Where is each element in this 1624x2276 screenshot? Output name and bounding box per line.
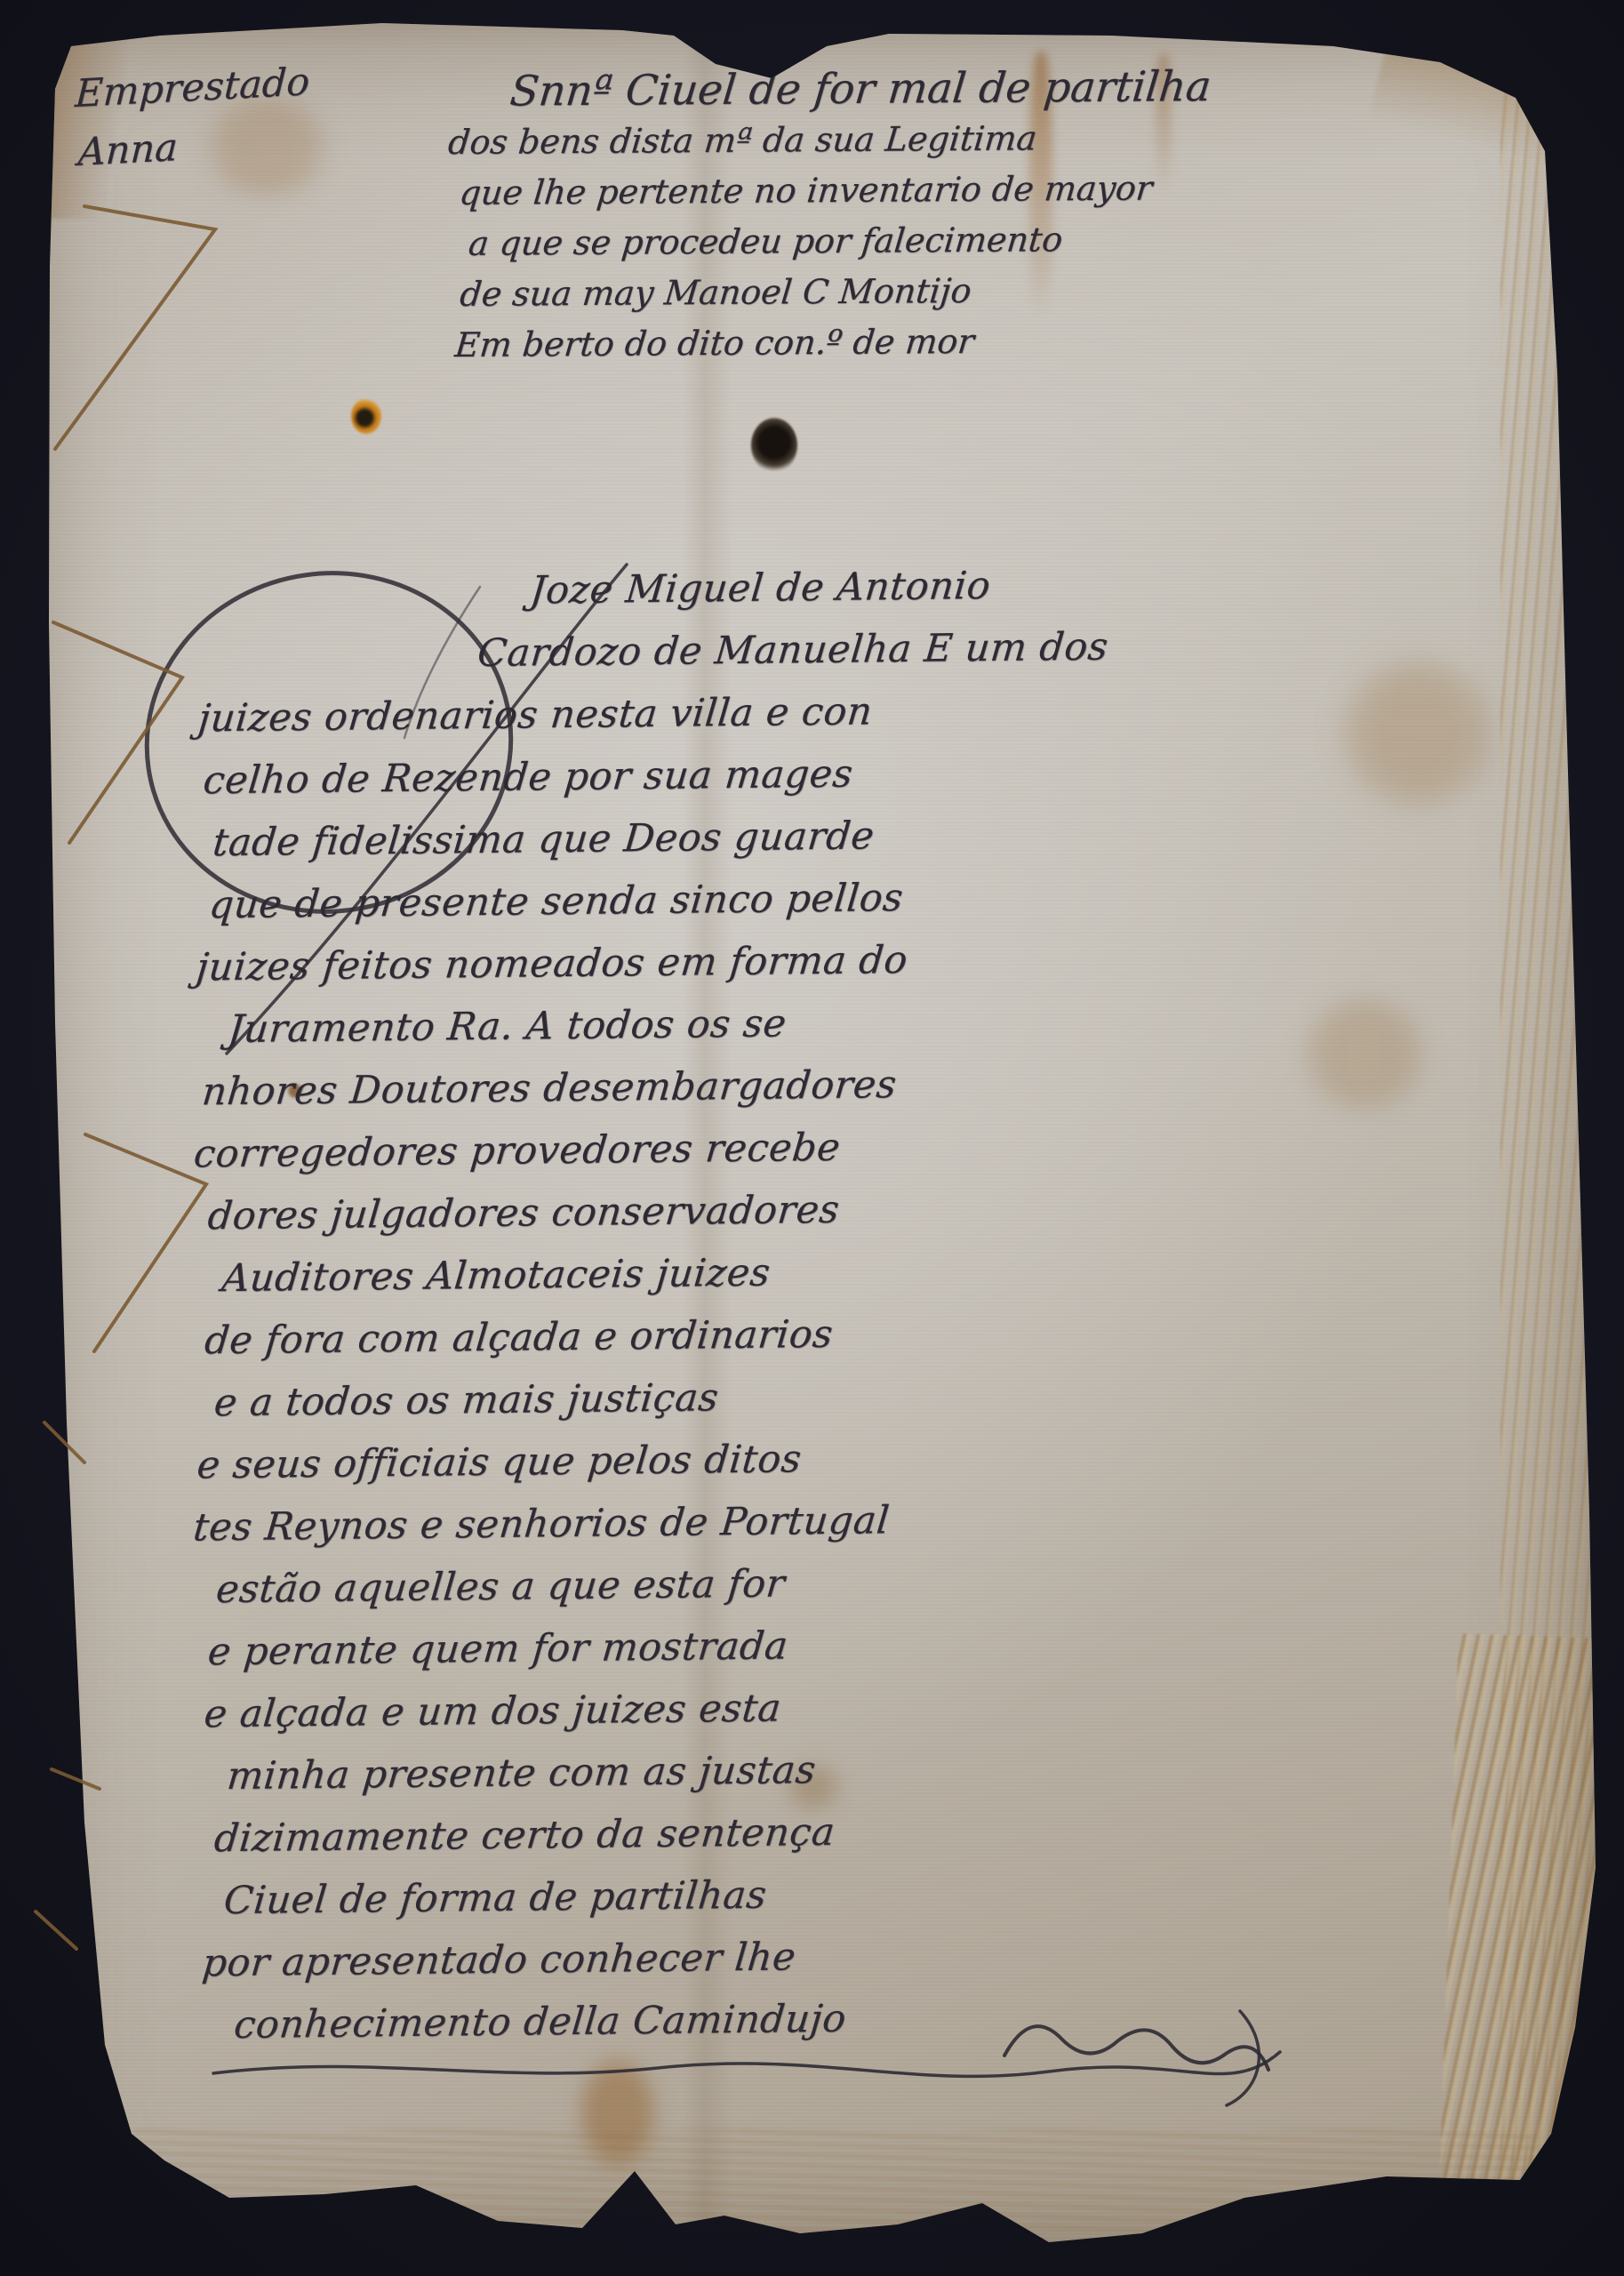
manuscript-line: Cardozo de Manuelha E um dos (475, 616, 1111, 685)
manuscript-line: Joze Miguel de Antonio (527, 554, 1110, 622)
manuscript-line: por apresentado conhecer lhe (199, 1922, 1124, 1994)
manuscript-line: celho de Rezende por sua mages (200, 741, 1112, 813)
bottom-smudge-stain (551, 2045, 684, 2214)
worn-bottom-edge (133, 2129, 1538, 2236)
foxing-stain (1298, 996, 1431, 1111)
manuscript-line: dores julgadores conservadores (205, 1176, 1117, 1248)
foxing-stain (1333, 658, 1502, 809)
manuscript-line: tes Reynos e senhorios de Portugal (190, 1487, 1120, 1559)
manuscript-line: corregedores provedores recebe (191, 1114, 1116, 1186)
case-summary-header: Snnª Ciuel de for mal de partilha dos be… (448, 61, 1213, 371)
manuscript-line: e seus officiais que pelos ditos (195, 1425, 1120, 1497)
manuscript-line: e a todos os mais justiças (212, 1363, 1119, 1435)
manuscript-page: Emprestado Anna Snnª Ciuel de for mal de… (0, 0, 1624, 2276)
manuscript-line: dizimamente certo da sentença (212, 1798, 1124, 1870)
header-line: de sua may Manoel C Montijo (458, 264, 1215, 320)
leaf-stack-edge-lower (1439, 1633, 1605, 2198)
manuscript-body-text: Joze Miguel de Antonio Cardozo de Manuel… (183, 554, 1123, 2057)
manuscript-line: juizes ordenarios nesta villa e con (196, 678, 1112, 750)
manuscript-line: tade fidelissima que Deos guarde (210, 803, 1113, 875)
worn-corner-top-right (1360, 22, 1573, 196)
manuscript-line: e perante quem for mostrada (205, 1612, 1122, 1684)
manuscript-line: que de presente senda sinco pellos (206, 865, 1114, 937)
archivist-annotation: Emprestado Anna (74, 52, 315, 182)
ink-blot (751, 418, 797, 473)
header-line: dos bens dista mª da sua Legitima (446, 112, 1214, 168)
manuscript-line: juizes feitos nomeados em forma do (194, 927, 1115, 999)
manuscript-line: conhecimento della Camindujo (231, 1984, 1125, 2056)
header-line: que lhe pertente no inventario de mayor (457, 163, 1214, 219)
header-line: Em berto do dito con.º de mor (452, 315, 1215, 371)
manuscript-line: Ciuel de forma de partilhas (221, 1860, 1124, 1932)
manuscript-line: de fora com alçada e ordinarios (202, 1301, 1118, 1373)
leaf-stack-edge (1500, 80, 1593, 2196)
manuscript-line: Auditores Almotaceis juizes (219, 1238, 1117, 1310)
photograph-of-manuscript: Emprestado Anna Snnª Ciuel de for mal de… (0, 0, 1624, 2276)
header-line: a que se procedeu por falecimento (466, 213, 1214, 269)
header-line: Snnª Ciuel de for mal de partilha (508, 61, 1213, 117)
annotation-line: Anna (76, 111, 314, 182)
manuscript-line: Juramento Ra. A todos os se (225, 990, 1115, 1061)
manuscript-line: e alçada e um dos juizes esta (201, 1673, 1122, 1745)
manuscript-line: nhores Doutores desembargadores (199, 1052, 1116, 1124)
manuscript-line: minha presente com as justas (224, 1735, 1123, 1807)
wax-stain (351, 398, 381, 434)
manuscript-line: estão aquelles a que esta for (213, 1550, 1121, 1622)
